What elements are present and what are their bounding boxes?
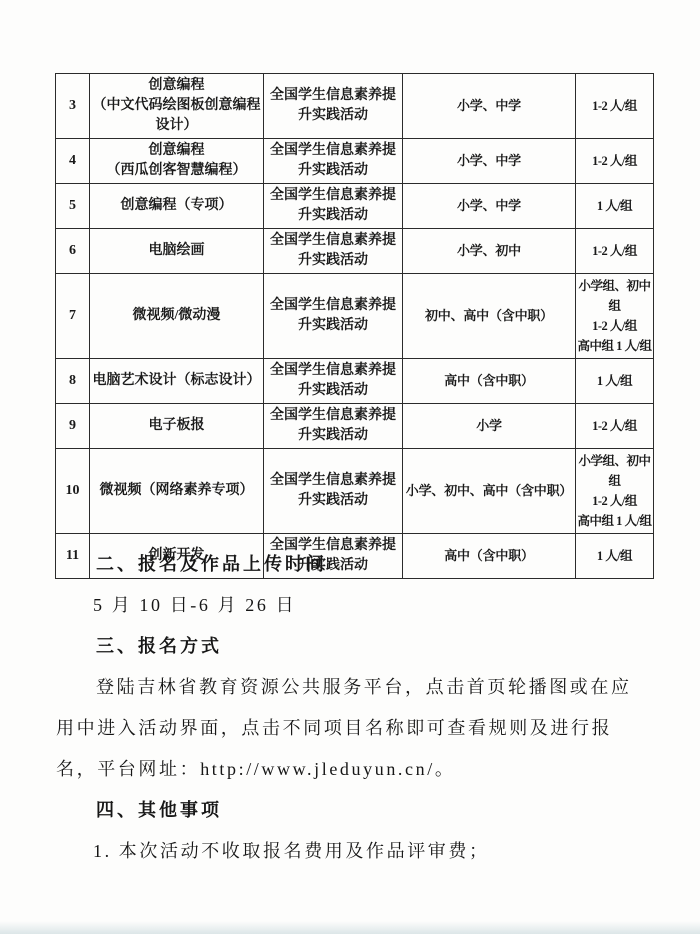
cell-activity-name: 全国学生信息素养提 升实践活动 — [264, 404, 403, 449]
table-row: 3 创意编程 （中文代码绘图板创意编程 设计） 全国学生信息素养提 升实践活动 … — [56, 74, 654, 139]
program-table: 3 创意编程 （中文代码绘图板创意编程 设计） 全国学生信息素养提 升实践活动 … — [55, 73, 654, 579]
section-heading-4: 四、其他事项 — [56, 790, 648, 831]
cell-project-name: 电子板报 — [90, 404, 264, 449]
cell-activity-name: 全国学生信息素养提 升实践活动 — [264, 74, 403, 139]
cell-project-name: 电脑艺术设计（标志设计） — [90, 359, 264, 404]
cell-team-size: 1 人/组 — [576, 184, 654, 229]
cell-row-number: 3 — [56, 74, 90, 139]
date-range: 5 月 10 日-6 月 26 日 — [56, 585, 648, 626]
section-heading-2: 二、报名及作品上传时间 — [56, 544, 648, 585]
cell-activity-name: 全国学生信息素养提 升实践活动 — [264, 229, 403, 274]
table-row: 9 电子板报 全国学生信息素养提 升实践活动 小学 1-2 人/组 — [56, 404, 654, 449]
cell-row-number: 7 — [56, 274, 90, 359]
table-row: 10 微视频（网络素养专项） 全国学生信息素养提 升实践活动 小学、初中、高中（… — [56, 449, 654, 534]
cell-team-size: 1-2 人/组 — [576, 139, 654, 184]
cell-group: 小学、中学 — [403, 184, 576, 229]
table-row: 5 创意编程（专项） 全国学生信息素养提 升实践活动 小学、中学 1 人/组 — [56, 184, 654, 229]
cell-row-number: 10 — [56, 449, 90, 534]
cell-project-name: 创意编程（专项） — [90, 184, 264, 229]
cell-project-name: 电脑绘画 — [90, 229, 264, 274]
cell-activity-name: 全国学生信息素养提 升实践活动 — [264, 139, 403, 184]
cell-team-size: 1-2 人/组 — [576, 404, 654, 449]
cell-project-name: 创意编程 （中文代码绘图板创意编程 设计） — [90, 74, 264, 139]
document-page: 3 创意编程 （中文代码绘图板创意编程 设计） 全国学生信息素养提 升实践活动 … — [0, 0, 700, 934]
paragraph-line: 名，平台网址：http://www.jleduyun.cn/。 — [56, 749, 648, 790]
cell-team-size: 小学组、初中组 1-2 人/组 高中组 1 人/组 — [576, 449, 654, 534]
body-text: 二、报名及作品上传时间 5 月 10 日-6 月 26 日 三、报名方式 登陆吉… — [56, 544, 648, 872]
cell-activity-name: 全国学生信息素养提 升实践活动 — [264, 274, 403, 359]
cell-group: 高中（含中职） — [403, 359, 576, 404]
table-row: 4 创意编程 （西瓜创客智慧编程） 全国学生信息素养提 升实践活动 小学、中学 … — [56, 139, 654, 184]
section-heading-3: 三、报名方式 — [56, 626, 648, 667]
paragraph-line: 登陆吉林省教育资源公共服务平台，点击首页轮播图或在应 — [56, 667, 648, 708]
cell-activity-name: 全国学生信息素养提 升实践活动 — [264, 184, 403, 229]
cell-group: 小学、中学 — [403, 74, 576, 139]
cell-team-size: 小学组、初中组 1-2 人/组 高中组 1 人/组 — [576, 274, 654, 359]
table-row: 6 电脑绘画 全国学生信息素养提 升实践活动 小学、初中 1-2 人/组 — [56, 229, 654, 274]
cell-row-number: 9 — [56, 404, 90, 449]
cell-row-number: 8 — [56, 359, 90, 404]
cell-activity-name: 全国学生信息素养提 升实践活动 — [264, 359, 403, 404]
cell-group: 初中、高中（含中职） — [403, 274, 576, 359]
table-row: 8 电脑艺术设计（标志设计） 全国学生信息素养提 升实践活动 高中（含中职） 1… — [56, 359, 654, 404]
cell-group: 小学 — [403, 404, 576, 449]
cell-project-name: 微视频/微动漫 — [90, 274, 264, 359]
cell-row-number: 6 — [56, 229, 90, 274]
cell-group: 小学、初中、高中（含中职） — [403, 449, 576, 534]
cell-row-number: 4 — [56, 139, 90, 184]
cell-row-number: 5 — [56, 184, 90, 229]
paragraph-line: 用中进入活动界面，点击不同项目名称即可查看规则及进行报 — [56, 708, 648, 749]
cell-team-size: 1-2 人/组 — [576, 74, 654, 139]
cell-project-name: 微视频（网络素养专项） — [90, 449, 264, 534]
cell-team-size: 1-2 人/组 — [576, 229, 654, 274]
cell-team-size: 1 人/组 — [576, 359, 654, 404]
cell-project-name: 创意编程 （西瓜创客智慧编程） — [90, 139, 264, 184]
scan-shadow — [0, 921, 700, 934]
note-item-1: 1. 本次活动不收取报名费用及作品评审费； — [56, 831, 648, 872]
cell-activity-name: 全国学生信息素养提 升实践活动 — [264, 449, 403, 534]
cell-group: 小学、初中 — [403, 229, 576, 274]
table-row: 7 微视频/微动漫 全国学生信息素养提 升实践活动 初中、高中（含中职） 小学组… — [56, 274, 654, 359]
cell-group: 小学、中学 — [403, 139, 576, 184]
